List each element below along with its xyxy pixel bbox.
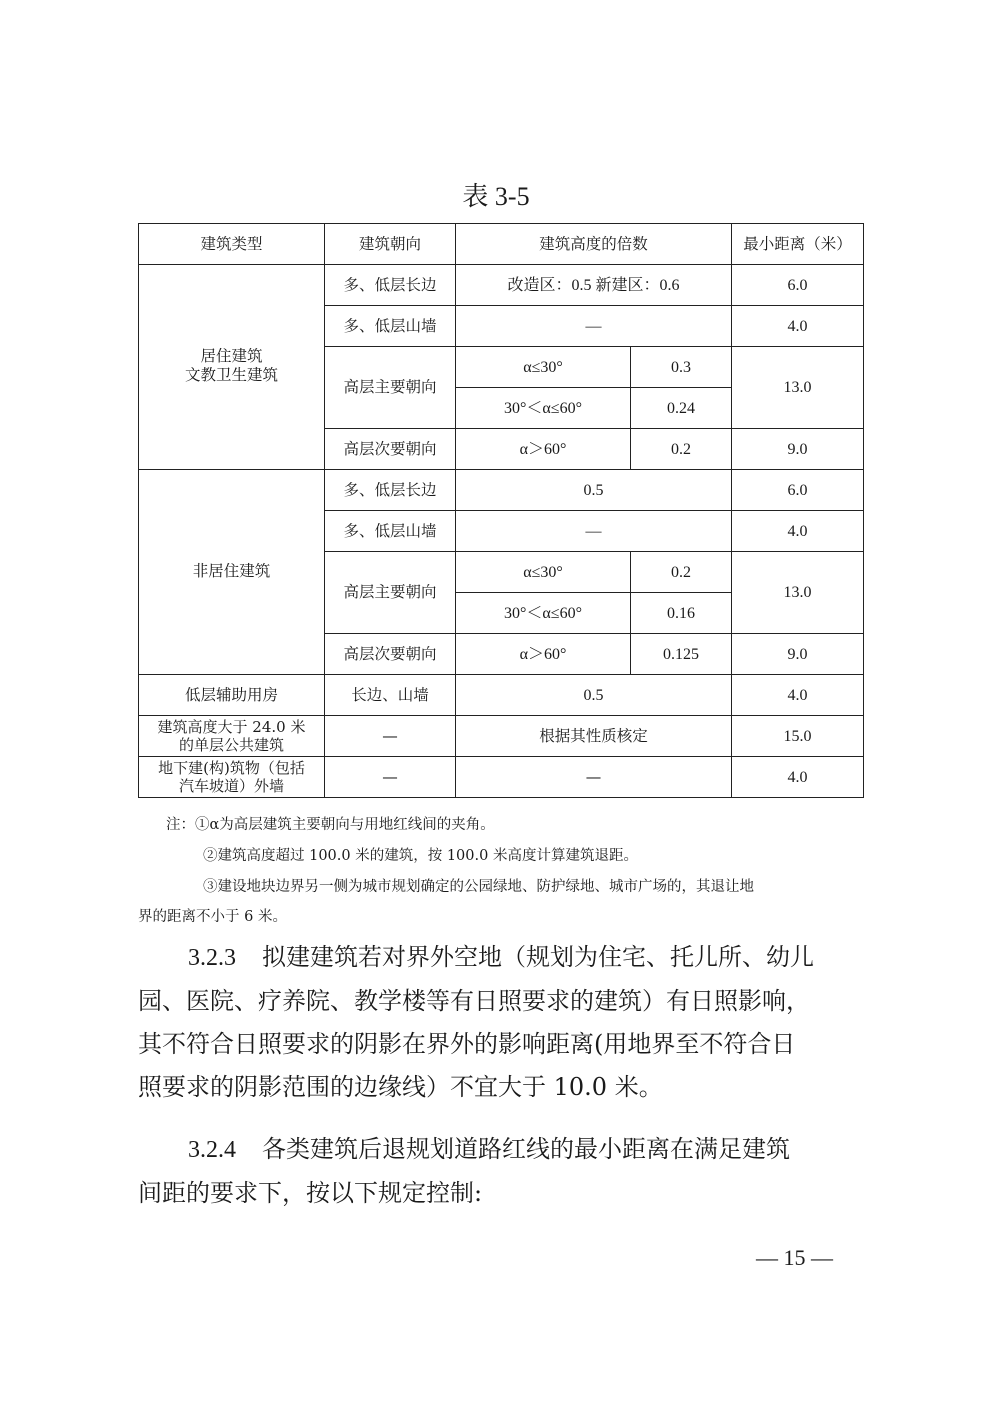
distance-cell: 4.0 <box>732 675 864 716</box>
distance-cell: 9.0 <box>732 429 864 470</box>
section-number: 3.2.4 <box>188 1137 236 1163</box>
multiple-cell: 改造区：0.5 新建区：0.6 <box>456 265 732 306</box>
orientation-cell: 多、低层长边 <box>325 470 456 511</box>
multiple-cell: 0.2 <box>631 429 732 470</box>
header-min-distance: 最小距离（米） <box>732 224 864 265</box>
note-3-line-1: ③建设地块边界另一侧为城市规划确定的公园绿地、防护绿地、城市广场的，其退让地 <box>203 877 754 897</box>
distance-cell: 4.0 <box>732 306 864 347</box>
table-caption: 表 3-5 <box>0 176 992 213</box>
table-header-row: 建筑类型 建筑朝向 建筑高度的倍数 最小距离（米） <box>139 224 864 265</box>
page-number: — 15 — <box>756 1245 833 1271</box>
group-type-non-residential: 非居住建筑 <box>139 470 325 675</box>
multiple-cell: 0.125 <box>631 634 732 675</box>
table-row: 低层辅助用房 长边、山墙 0.5 4.0 <box>139 675 864 716</box>
multiple-cell: 0.16 <box>631 593 732 634</box>
multiple-cell: — <box>456 511 732 552</box>
group-type-residential: 居住建筑 文教卫生建筑 <box>139 265 325 470</box>
multiple-cell: 0.5 <box>456 470 732 511</box>
orientation-cell: 高层次要朝向 <box>325 634 456 675</box>
note-2: ②建筑高度超过 100.0 米的建筑，按 100.0 米高度计算建筑退距。 <box>203 846 638 866</box>
orientation-cell: 多、低层山墙 <box>325 511 456 552</box>
table-row: 建筑高度大于 24.0 米 的单层公共建筑 — 根据其性质核定 15.0 <box>139 716 864 757</box>
header-orientation: 建筑朝向 <box>325 224 456 265</box>
multiple-cell: 0.2 <box>631 552 732 593</box>
orientation-cell: 高层次要朝向 <box>325 429 456 470</box>
angle-cell: α＞60° <box>456 634 631 675</box>
table-row: 非居住建筑 多、低层长边 0.5 6.0 <box>139 470 864 511</box>
table-row: 居住建筑 文教卫生建筑 多、低层长边 改造区：0.5 新建区：0.6 6.0 <box>139 265 864 306</box>
distance-cell: 6.0 <box>732 470 864 511</box>
distance-cell: 6.0 <box>732 265 864 306</box>
multiple-cell: 根据其性质核定 <box>456 716 732 757</box>
section-3-2-4: 3.2.4各类建筑后退规划道路红线的最小距离在满足建筑 间距的要求下，按以下规定… <box>138 1128 870 1215</box>
orientation-cell: 长边、山墙 <box>325 675 456 716</box>
setback-table: 建筑类型 建筑朝向 建筑高度的倍数 最小距离（米） 居住建筑 文教卫生建筑 多、… <box>138 223 864 798</box>
table-row: 地下建(构)筑物（包括 汽车坡道）外墙 — — 4.0 <box>139 757 864 798</box>
section-3-2-3: 3.2.3拟建建筑若对界外空地（规划为住宅、托儿所、幼儿 园、医院、疗养院、教学… <box>138 936 870 1109</box>
orientation-cell: — <box>325 757 456 798</box>
angle-cell: 30°＜α≤60° <box>456 388 631 429</box>
note-1: 注：①α为高层建筑主要朝向与用地红线间的夹角。 <box>166 815 495 835</box>
orientation-cell: 多、低层长边 <box>325 265 456 306</box>
orientation-cell: — <box>325 716 456 757</box>
header-building-type: 建筑类型 <box>139 224 325 265</box>
section-number: 3.2.3 <box>188 945 236 971</box>
angle-cell: α＞60° <box>456 429 631 470</box>
multiple-cell: — <box>456 757 732 798</box>
distance-cell: 9.0 <box>732 634 864 675</box>
header-height-multiple: 建筑高度的倍数 <box>456 224 732 265</box>
multiple-cell: — <box>456 306 732 347</box>
angle-cell: α≤30° <box>456 347 631 388</box>
distance-cell: 13.0 <box>732 347 864 429</box>
angle-cell: 30°＜α≤60° <box>456 593 631 634</box>
type-cell: 建筑高度大于 24.0 米 的单层公共建筑 <box>139 716 325 757</box>
note-3-line-2: 界的距离不小于 6 米。 <box>138 907 287 927</box>
multiple-cell: 0.24 <box>631 388 732 429</box>
distance-cell: 4.0 <box>732 511 864 552</box>
orientation-cell: 高层主要朝向 <box>325 347 456 429</box>
multiple-cell: 0.3 <box>631 347 732 388</box>
distance-cell: 13.0 <box>732 552 864 634</box>
distance-cell: 15.0 <box>732 716 864 757</box>
type-cell: 低层辅助用房 <box>139 675 325 716</box>
multiple-cell: 0.5 <box>456 675 732 716</box>
orientation-cell: 多、低层山墙 <box>325 306 456 347</box>
type-cell: 地下建(构)筑物（包括 汽车坡道）外墙 <box>139 757 325 798</box>
distance-cell: 4.0 <box>732 757 864 798</box>
orientation-cell: 高层主要朝向 <box>325 552 456 634</box>
angle-cell: α≤30° <box>456 552 631 593</box>
